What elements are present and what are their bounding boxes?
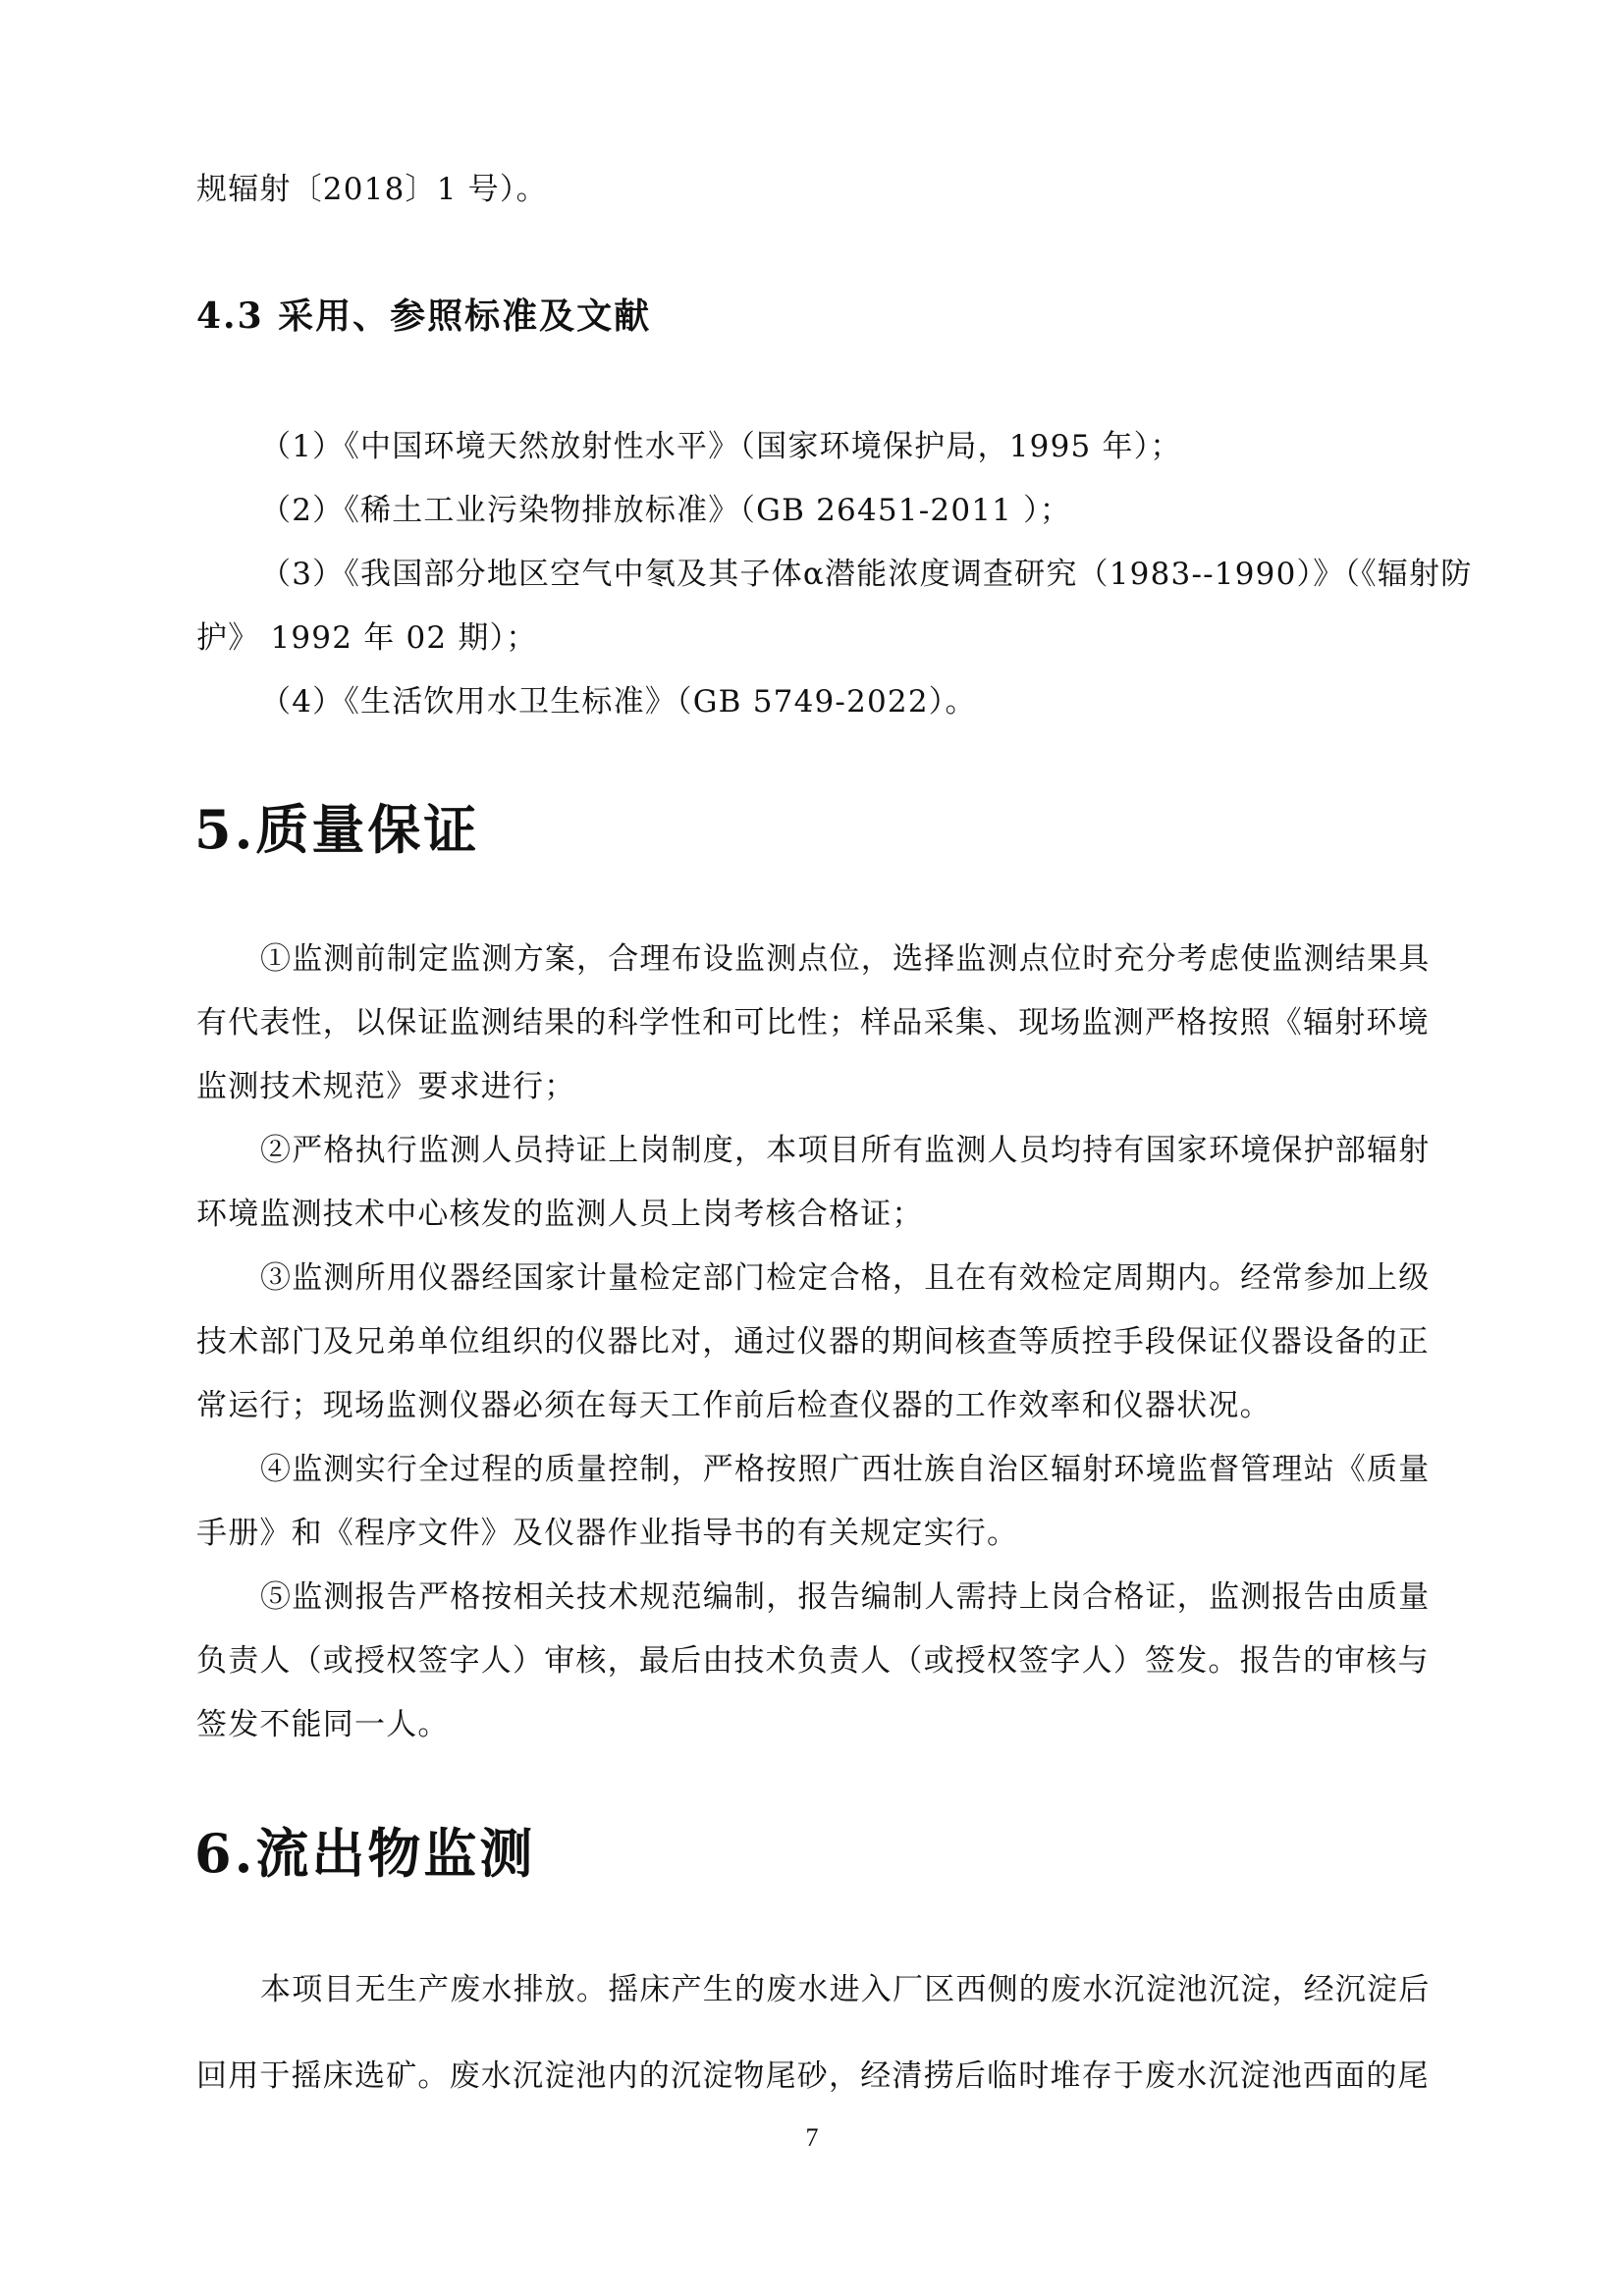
- page-number: 7: [0, 2123, 1624, 2153]
- paragraph-line: 技术部门及兄弟单位组织的仪器比对，通过仪器的期间核查等质控手段保证仪器设备的正: [196, 1322, 1469, 1362]
- paragraph-line: ②严格执行监测人员持证上岗制度，本项目所有监测人员均持有国家环境保护部辐射: [260, 1131, 1469, 1170]
- paragraph-line: 签发不能同一人。: [196, 1705, 1469, 1744]
- reference-item: （4）《生活饮用水卫生标准》（GB 5749-2022）。: [260, 682, 1469, 721]
- reference-item: （2）《稀土工业污染物排放标准》（GB 26451-2011 ）；: [260, 491, 1469, 530]
- paragraph-line: ⑤监测报告严格按相关技术规范编制，报告编制人需持上岗合格证，监测报告由质量: [260, 1577, 1469, 1617]
- paragraph-line: 本项目无生产废水排放。摇床产生的废水进入厂区西侧的废水沉淀池沉淀，经沉淀后: [260, 1970, 1469, 2009]
- section-heading-5: 5.质量保证: [194, 795, 479, 864]
- paragraph-line: ①监测前制定监测方案，合理布设监测点位，选择监测点位时充分考虑使监测结果具: [260, 939, 1469, 979]
- paragraph-line: 回用于摇床选矿。废水沉淀池内的沉淀物尾砂，经清捞后临时堆存于废水沉淀池西面的尾: [196, 2056, 1469, 2096]
- continuation-text: 规辐射〔2018〕1 号）。: [196, 170, 1469, 209]
- reference-item: （1）《中国环境天然放射性水平》（国家环境保护局，1995 年）；: [260, 427, 1469, 466]
- paragraph-line: 监测技术规范》要求进行；: [196, 1067, 1469, 1106]
- paragraph-line: ④监测实行全过程的质量控制，严格按照广西壮族自治区辐射环境监督管理站《质量: [260, 1450, 1469, 1489]
- paragraph-line: 负责人（或授权签字人）审核，最后由技术负责人（或授权签字人）签发。报告的审核与: [196, 1641, 1469, 1681]
- reference-item: （3）《我国部分地区空气中氡及其子体α潜能浓度调查研究（1983--1990）》…: [260, 555, 1469, 594]
- section-heading-6: 6.流出物监测: [194, 1819, 535, 1888]
- paragraph-line: 手册》和《程序文件》及仪器作业指导书的有关规定实行。: [196, 1514, 1469, 1553]
- paragraph-line: 有代表性，以保证监测结果的科学性和可比性；样品采集、现场监测严格按照《辐射环境: [196, 1003, 1469, 1042]
- paragraph-line: 常运行；现场监测仪器必须在每天工作前后检查仪器的工作效率和仪器状况。: [196, 1386, 1469, 1425]
- paragraph-line: ③监测所用仪器经国家计量检定部门检定合格，且在有效检定周期内。经常参加上级: [260, 1258, 1469, 1298]
- paragraph-line: 环境监测技术中心核发的监测人员上岗考核合格证；: [196, 1195, 1469, 1234]
- section-heading-4-3: 4.3 采用、参照标准及文献: [196, 292, 651, 341]
- reference-item-continuation: 护》 1992 年 02 期）；: [196, 618, 1469, 658]
